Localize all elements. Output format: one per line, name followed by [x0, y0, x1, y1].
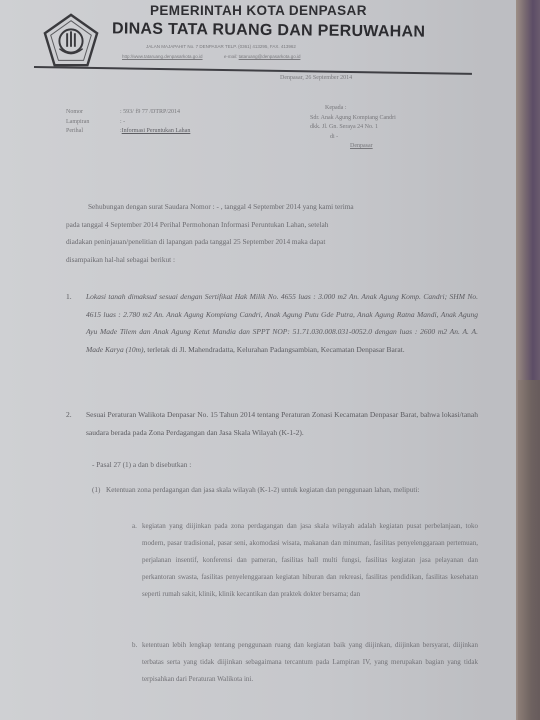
perihal-value: Informasi Peruntukan Lahan — [122, 127, 191, 137]
intro-line: Sehubungan dengan surat Saudara Nomor : … — [66, 198, 476, 216]
recipient-di: di - — [310, 133, 396, 143]
intro-line: diadakan peninjauan/penelitian di lapang… — [66, 233, 476, 251]
letter-meta: Nomor: 593/ f9 77 /DTRP/2014 Lampiran: -… — [66, 108, 190, 137]
sub-text: Ketentuan zona perdagangan dan jasa skal… — [106, 486, 419, 494]
email-link[interactable]: tataruang@denpasarkota.go.id — [239, 54, 301, 59]
recipient-kepada: Kepada : — [310, 104, 396, 114]
intro-paragraph: Sehubungan dengan surat Saudara Nomor : … — [66, 198, 476, 268]
letter-date: Denpasar, 26 September 2014 — [280, 75, 352, 81]
email-label: e-mail: — [224, 54, 238, 59]
letterhead-divider — [34, 66, 472, 74]
nomor-label: Nomor — [66, 108, 120, 118]
intro-line: pada tanggal 4 September 2014 Perihal Pe… — [66, 216, 476, 234]
point-text: ketentuan lebih lengkap tentang pengguna… — [142, 641, 478, 683]
letterhead-address: JALAN MAJAPAHIT No. 7 DENPASAR TELP. (03… — [146, 44, 296, 49]
point-letter: a. — [132, 518, 137, 535]
letterhead-department: DINAS TATA RUANG DAN PERUWAHAN — [112, 20, 425, 41]
item-number: 2. — [66, 406, 72, 424]
sub-number: (1) — [92, 482, 100, 500]
recipient-city: Denpasar — [310, 142, 396, 152]
letter-page: PEMERINTAH KOTA DENPASAR DINAS TATA RUAN… — [0, 0, 516, 720]
letterhead-government: PEMERINTAH KOTA DENPASAR — [150, 3, 367, 18]
list-item-1: 1. Lokasi tanah dimaksud sesuai dengan S… — [86, 288, 478, 358]
sub-point-a: a. kegiatan yang diijinkan pada zona per… — [142, 518, 478, 603]
intro-line: disampaikan hal-hal sebagai berikut : — [66, 251, 476, 269]
recipient-address: dkk. Jl. Gn. Seraya 24 No. 1 — [310, 123, 396, 133]
point-text: kegiatan yang diijinkan pada zona perdag… — [142, 522, 478, 598]
city-emblem-icon — [42, 12, 100, 70]
pasal-line: - Pasal 27 (1) a dan b disebutkan : — [92, 460, 191, 469]
sub-item-1: (1) Ketentuan zona perdagangan dan jasa … — [106, 482, 478, 500]
sub-point-b: b. ketentuan lebih lengkap tentang pengg… — [142, 637, 478, 688]
item-text: Sesuai Peraturan Walikota Denpasar No. 1… — [86, 410, 478, 437]
recipient-block: Kepada : Sdr. Anak Agung Kompiang Candri… — [310, 104, 396, 152]
perihal-label: Perihal — [66, 127, 120, 137]
item-number: 1. — [66, 288, 72, 306]
nomor-value: : 593/ f9 77 /DTRP/2014 — [120, 108, 180, 118]
letterhead-contacts: http://www.tataruang.denpasarkota.go.id … — [122, 54, 300, 59]
list-item-2: 2. Sesuai Peraturan Walikota Denpasar No… — [86, 406, 478, 441]
point-letter: b. — [132, 637, 137, 654]
website-link[interactable]: http://www.tataruang.denpasarkota.go.id — [122, 54, 203, 59]
lampiran-value: : - — [120, 118, 125, 128]
paper-background-edge-lower — [518, 380, 540, 720]
recipient-name: Sdr. Anak Agung Kompiang Candri — [310, 114, 396, 124]
lampiran-label: Lampiran — [66, 118, 120, 128]
item-text-location: terletak di Jl. Mahendradatta, Kelurahan… — [147, 345, 404, 354]
